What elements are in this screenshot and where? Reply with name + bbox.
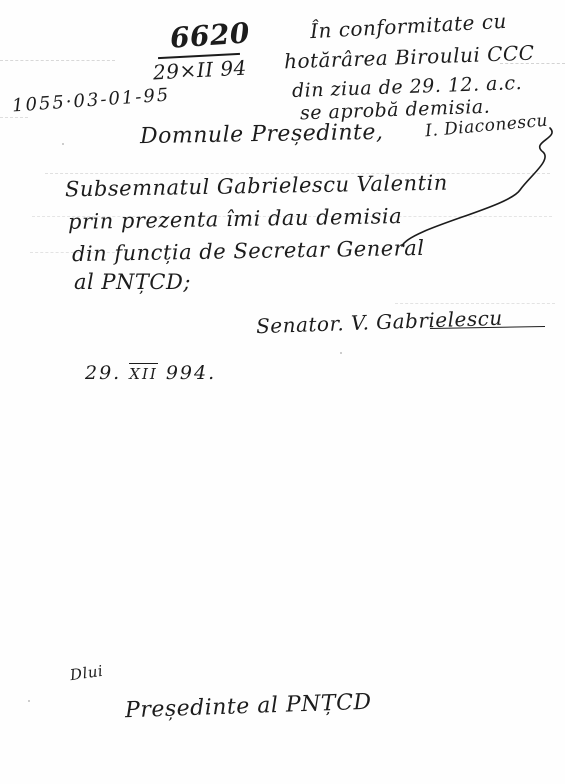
date-day: 29.: [85, 362, 121, 384]
salutation: Domnule Președinte,: [140, 122, 384, 148]
body-line-1: Subsemnatul Gabrielescu Valentin: [65, 173, 448, 201]
scan-speck: [28, 700, 30, 702]
scan-artifact-line: [0, 117, 28, 118]
stamp-code: 1055·03-01-95: [12, 86, 171, 115]
body-line-3: din funcția de Secretar General: [72, 238, 425, 265]
scan-speck: [340, 352, 342, 354]
scanned-document-page: 6620 29×II 94 În conformitate cu hotărâr…: [0, 0, 565, 784]
date-year: 994.: [166, 362, 216, 384]
scan-artifact-line: [395, 303, 555, 304]
scan-speck: [62, 143, 64, 145]
registration-date: 29×II 94: [153, 58, 248, 83]
registration-number: 6620: [169, 19, 251, 53]
body-line-4: al PNȚCD;: [74, 272, 191, 293]
date-line: 29. XII 994.: [85, 364, 216, 383]
approval-note-line-1: În conformitate cu: [310, 11, 508, 41]
senator-signature: Senator. V. Gabrielescu: [256, 308, 503, 337]
scan-artifact-line: [0, 60, 115, 61]
body-line-2: prin prezenta îmi dau demisia: [68, 206, 402, 233]
addressee-abbrev: Dlui: [69, 664, 104, 683]
approval-note-line-2: hotărârea Biroului CCC: [284, 43, 535, 72]
addressee-title: Președinte al PNȚCD: [125, 692, 372, 723]
date-month: XII: [129, 363, 158, 383]
